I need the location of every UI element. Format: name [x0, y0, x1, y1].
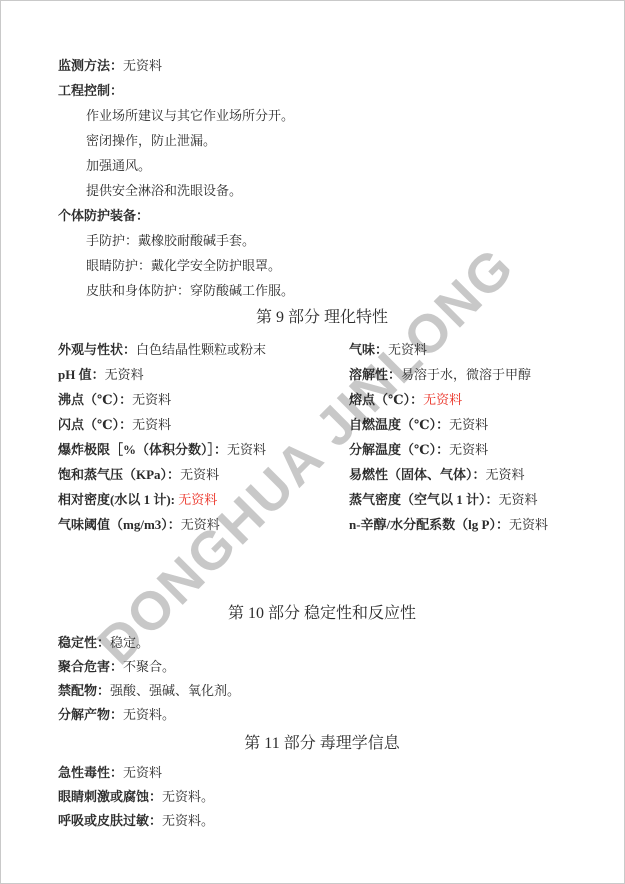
- engineering-item: 密闭操作，防止泄漏。: [58, 128, 586, 153]
- field-value: 无资料。: [123, 707, 175, 722]
- field-label: 聚合危害：: [58, 659, 123, 674]
- field-label: 闪点（℃）：: [58, 417, 132, 432]
- field-value: 无资料: [449, 417, 488, 432]
- property-row: 气味：无资料: [349, 337, 586, 362]
- field-value: 无资料: [509, 517, 548, 532]
- toxicology-rows: 急性毒性：无资料 眼睛刺激或腐蚀：无资料。 呼吸或皮肤过敏：无资料。: [58, 761, 586, 833]
- field-value-red: 无资料: [178, 492, 217, 507]
- stability-row: 聚合危害：不聚合。: [58, 655, 586, 679]
- stability-row: 稳定性：稳定。: [58, 631, 586, 655]
- property-row: 相对密度(水以 1 计): 无资料: [58, 487, 349, 512]
- field-label: 沸点（℃）：: [58, 392, 132, 407]
- field-label: 蒸气密度（空气以 1 计）：: [349, 492, 499, 507]
- field-label: 急性毒性：: [58, 765, 123, 780]
- field-label: 易燃性（固体、气体）：: [349, 467, 486, 482]
- physical-properties-table: 外观与性状：白色结晶性颗粒或粉末 pH 值：无资料 沸点（℃）：无资料 闪点（℃…: [58, 337, 586, 537]
- field-value: 无资料。: [162, 789, 214, 804]
- section-11-heading: 第 11 部分 毒理学信息: [58, 729, 586, 759]
- property-row: 外观与性状：白色结晶性颗粒或粉末: [58, 337, 349, 362]
- field-label: 稳定性：: [58, 635, 110, 650]
- field-label: 工程控制：: [58, 83, 123, 98]
- property-row: 沸点（℃）：无资料: [58, 387, 349, 412]
- field-label: 气味阈值（mg/m3）：: [58, 517, 181, 532]
- field-label: 爆炸极限［%（体积分数）］：: [58, 442, 227, 457]
- field-value: 无资料: [123, 58, 162, 73]
- toxicology-row: 眼睛刺激或腐蚀：无资料。: [58, 785, 586, 809]
- property-row: 易燃性（固体、气体）：无资料: [349, 462, 586, 487]
- field-label: 分解产物：: [58, 707, 123, 722]
- field-value: 无资料: [449, 442, 488, 457]
- property-row: 熔点（℃）：无资料: [349, 387, 586, 412]
- properties-left-column: 外观与性状：白色结晶性颗粒或粉末 pH 值：无资料 沸点（℃）：无资料 闪点（℃…: [58, 337, 349, 537]
- field-label: 气味：: [349, 342, 388, 357]
- properties-right-column: 气味：无资料 溶解性：易溶于水，微溶于甲醇 熔点（℃）：无资料 自燃温度（℃）：…: [349, 337, 586, 537]
- document-page: DONGHUA JINLONG 监测方法：无资料 工程控制： 作业场所建议与其它…: [0, 0, 625, 884]
- field-value: 无资料: [388, 342, 427, 357]
- section-10-heading: 第 10 部分 稳定性和反应性: [58, 599, 586, 629]
- field-value: 无资料: [486, 467, 525, 482]
- document-content: 监测方法：无资料 工程控制： 作业场所建议与其它作业场所分开。 密闭操作，防止泄…: [58, 53, 586, 833]
- stability-row: 禁配物：强酸、强碱、氧化剂。: [58, 679, 586, 703]
- field-value: 无资料。: [162, 813, 214, 828]
- field-label: 饱和蒸气压（KPa）：: [58, 467, 180, 482]
- property-row: pH 值：无资料: [58, 362, 349, 387]
- field-label: 呼吸或皮肤过敏：: [58, 813, 162, 828]
- ppe-item: 手防护：戴橡胶耐酸碱手套。: [58, 228, 586, 253]
- toxicology-row: 急性毒性：无资料: [58, 761, 586, 785]
- field-value: 无资料: [105, 367, 144, 382]
- ppe-line: 个体防护装备：: [58, 203, 586, 228]
- field-value: 无资料: [181, 517, 220, 532]
- field-value: 无资料: [132, 392, 171, 407]
- ppe-item: 皮肤和身体防护：穿防酸碱工作服。: [58, 278, 586, 303]
- field-label: 熔点（℃）：: [349, 392, 423, 407]
- engineering-item: 作业场所建议与其它作业场所分开。: [58, 103, 586, 128]
- monitoring-method-line: 监测方法：无资料: [58, 53, 586, 78]
- field-label: 禁配物：: [58, 683, 110, 698]
- field-value: 无资料: [499, 492, 538, 507]
- property-row: 溶解性：易溶于水，微溶于甲醇: [349, 362, 586, 387]
- field-label: 眼睛刺激或腐蚀：: [58, 789, 162, 804]
- field-label: 监测方法：: [58, 58, 123, 73]
- field-value: 强酸、强碱、氧化剂。: [110, 683, 240, 698]
- property-row: 饱和蒸气压（KPa）：无资料: [58, 462, 349, 487]
- field-label: 个体防护装备：: [58, 208, 149, 223]
- field-value: 白色结晶性颗粒或粉末: [136, 342, 266, 357]
- engineering-item: 提供安全淋浴和洗眼设备。: [58, 178, 586, 203]
- stability-row: 分解产物：无资料。: [58, 703, 586, 727]
- property-row: 蒸气密度（空气以 1 计）：无资料: [349, 487, 586, 512]
- field-label: 溶解性：: [349, 367, 401, 382]
- property-row: 气味阈值（mg/m3）：无资料: [58, 512, 349, 537]
- property-row: 闪点（℃）：无资料: [58, 412, 349, 437]
- field-label: n-辛醇/水分配系数（lg P）：: [349, 517, 509, 532]
- field-value-red: 无资料: [423, 392, 462, 407]
- field-value: 无资料: [132, 417, 171, 432]
- field-value: 稳定。: [110, 635, 149, 650]
- field-value: 无资料: [227, 442, 266, 457]
- field-label: 相对密度(水以 1 计):: [58, 492, 178, 507]
- field-value: 无资料: [180, 467, 219, 482]
- property-row: n-辛醇/水分配系数（lg P）：无资料: [349, 512, 586, 537]
- stability-rows: 稳定性：稳定。 聚合危害：不聚合。 禁配物：强酸、强碱、氧化剂。 分解产物：无资…: [58, 631, 586, 727]
- field-label: 分解温度（℃）：: [349, 442, 449, 457]
- property-row: 分解温度（℃）：无资料: [349, 437, 586, 462]
- field-value: 易溶于水，微溶于甲醇: [401, 367, 531, 382]
- field-value: 无资料: [123, 765, 162, 780]
- engineering-item: 加强通风。: [58, 153, 586, 178]
- property-row: 爆炸极限［%（体积分数）］：无资料: [58, 437, 349, 462]
- field-label: 外观与性状：: [58, 342, 136, 357]
- property-row: 自燃温度（℃）：无资料: [349, 412, 586, 437]
- ppe-item: 眼睛防护：戴化学安全防护眼罩。: [58, 253, 586, 278]
- field-value: 不聚合。: [123, 659, 175, 674]
- toxicology-row: 呼吸或皮肤过敏：无资料。: [58, 809, 586, 833]
- field-label: 自燃温度（℃）：: [349, 417, 449, 432]
- field-label: pH 值：: [58, 367, 105, 382]
- engineering-controls-line: 工程控制：: [58, 78, 586, 103]
- section-9-heading: 第 9 部分 理化特性: [58, 303, 586, 333]
